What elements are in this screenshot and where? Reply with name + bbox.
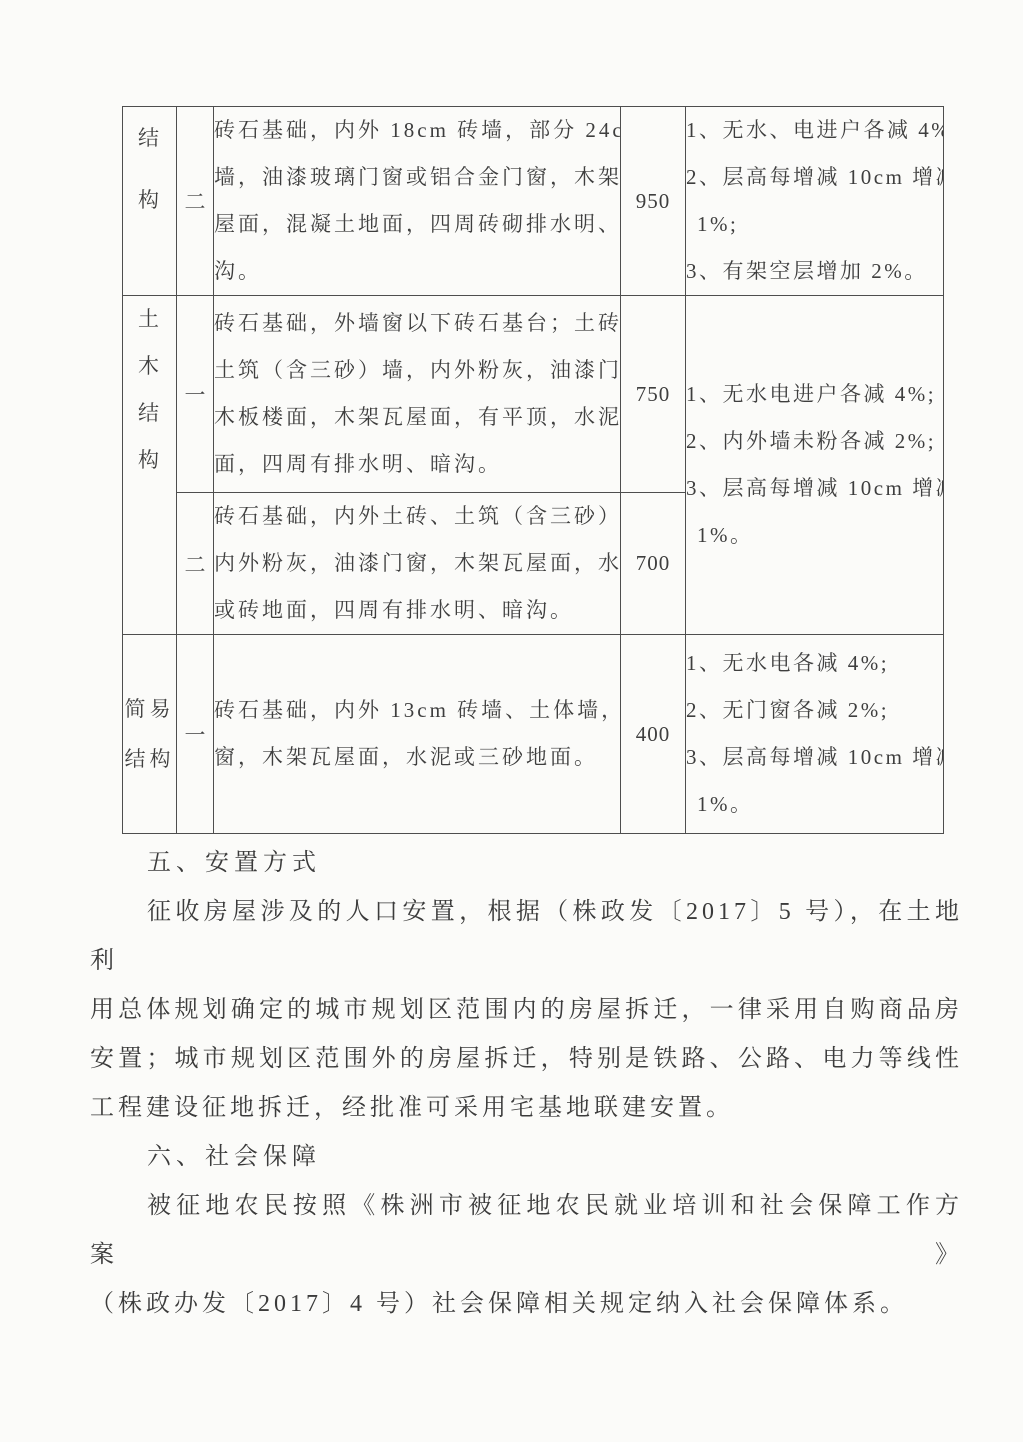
adjustment-line: 3、层高每增减 10cm 增减 (686, 465, 943, 512)
description-line: 土筑（含三砂）墙，内外粉灰，油漆门窗， (214, 347, 620, 394)
paragraph-line: 工程建设征地拆迁，经批准可采用宅基地联建安置。 (90, 1084, 963, 1133)
description-line: 木板楼面，木架瓦屋面，有平顶，水泥地 (214, 394, 620, 441)
compensation-table: 结 构 二 砖石基础，内外 18cm 砖墙，部分 24cm 砖 墙，油漆玻璃门窗… (122, 106, 944, 834)
price-cell: 750 (621, 296, 686, 493)
adjustments-cell: 1、无水电进户各减 4%; 2、内外墙未粉各减 2%; 3、层高每增减 10cm… (686, 296, 944, 635)
table-row: 土 木 结 构 一 砖石基础，外墙窗以下砖石基台；土砖、 土筑（含三砂）墙，内外… (123, 296, 944, 493)
structure-char: 土 (123, 296, 176, 343)
structure-type-cell: 简易 结构 (123, 635, 177, 834)
adjustment-line: 2、无门窗各减 2%; (686, 687, 943, 734)
table-row: 结 构 二 砖石基础，内外 18cm 砖墙，部分 24cm 砖 墙，油漆玻璃门窗… (123, 107, 944, 296)
structure-char: 构 (123, 169, 176, 231)
description-line: 面，四周有排水明、暗沟。 (214, 441, 620, 488)
section-heading-resettlement: 五、安置方式 (90, 839, 963, 888)
document-body: 五、安置方式 征收房屋涉及的人口安置，根据（株政发〔2017〕5 号），在土地利… (90, 839, 963, 1329)
structure-line: 简易 (123, 684, 176, 734)
adjustments-cell: 1、无水电各减 4%; 2、无门窗各减 2%; 3、层高每增减 10cm 增减 … (686, 635, 944, 834)
adjustment-line: 2、内外墙未粉各减 2%; (686, 418, 943, 465)
document-page: 结 构 二 砖石基础，内外 18cm 砖墙，部分 24cm 砖 墙，油漆玻璃门窗… (0, 0, 1023, 1442)
adjustment-line: 1、无水电进户各减 4%; (686, 371, 943, 418)
price-cell: 950 (621, 107, 686, 296)
description-line: 屋面，混凝土地面，四周砖砌排水明、暗 (214, 201, 620, 248)
description-line: 墙，油漆玻璃门窗或铝合金门窗，木架瓦 (214, 154, 620, 201)
description-cell: 砖石基础，内外 13cm 砖墙、土体墙，木门 窗，木架瓦屋面，水泥或三砂地面。 (214, 635, 621, 834)
description-cell: 砖石基础，外墙窗以下砖石基台；土砖、 土筑（含三砂）墙，内外粉灰，油漆门窗， 木… (214, 296, 621, 493)
adjustments-cell: 1、无水、电进户各减 4%; 2、层高每增减 10cm 增减 1%; 3、有架空… (686, 107, 944, 296)
paragraph-line: 被征地农民按照《株洲市被征地农民就业培训和社会保障工作方案》 (90, 1182, 963, 1280)
table-row: 简易 结构 一 砖石基础，内外 13cm 砖墙、土体墙，木门 窗，木架瓦屋面，水… (123, 635, 944, 834)
adjustment-line: 1、无水、电进户各减 4%; (686, 107, 943, 154)
description-line: 砖石基础，内外 13cm 砖墙、土体墙，木门 (214, 687, 620, 734)
description-line: 内外粉灰，油漆门窗，木架瓦屋面，水泥 (214, 540, 620, 587)
price-cell: 400 (621, 635, 686, 834)
structure-char: 结 (123, 107, 176, 169)
adjustment-line: 1%; (686, 201, 943, 248)
paragraph-line: 用总体规划确定的城市规划区范围内的房屋拆迁，一律采用自购商品房 (90, 986, 963, 1035)
section-heading-social-security: 六、社会保障 (90, 1133, 963, 1182)
adjustment-line: 1、无水电各减 4%; (686, 640, 943, 687)
description-line: 砖石基础，外墙窗以下砖石基台；土砖、 (214, 300, 620, 347)
description-cell: 砖石基础，内外 18cm 砖墙，部分 24cm 砖 墙，油漆玻璃门窗或铝合金门窗… (214, 107, 621, 296)
adjustment-line: 3、层高每增减 10cm 增减 (686, 734, 943, 781)
adjustment-line: 1%。 (686, 512, 943, 559)
grade-cell: 二 (177, 107, 214, 296)
grade-cell: 一 (177, 296, 214, 493)
paragraph-line: （株政办发〔2017〕4 号）社会保障相关规定纳入社会保障体系。 (90, 1280, 963, 1329)
structure-type-cell: 结 构 (123, 107, 177, 296)
adjustment-line: 2、层高每增减 10cm 增减 (686, 154, 943, 201)
structure-type-cell: 土 木 结 构 (123, 296, 177, 635)
price-cell: 700 (621, 493, 686, 635)
description-line: 砖石基础，内外 18cm 砖墙，部分 24cm 砖 (214, 107, 620, 154)
description-line: 砖石基础，内外土砖、土筑（含三砂）墙， (214, 493, 620, 540)
structure-line: 结构 (123, 734, 176, 784)
paragraph-line: 安置；城市规划区范围外的房屋拆迁，特别是铁路、公路、电力等线性 (90, 1035, 963, 1084)
adjustment-line: 1%。 (686, 781, 943, 828)
grade-cell: 二 (177, 493, 214, 635)
paragraph-line: 征收房屋涉及的人口安置，根据（株政发〔2017〕5 号），在土地利 (90, 888, 963, 986)
structure-char: 构 (123, 437, 176, 484)
description-line: 沟。 (214, 248, 620, 295)
structure-char: 木 (123, 343, 176, 390)
grade-cell: 一 (177, 635, 214, 834)
structure-char: 结 (123, 390, 176, 437)
description-cell: 砖石基础，内外土砖、土筑（含三砂）墙， 内外粉灰，油漆门窗，木架瓦屋面，水泥 或… (214, 493, 621, 635)
adjustment-line: 3、有架空层增加 2%。 (686, 248, 943, 295)
description-line: 或砖地面，四周有排水明、暗沟。 (214, 587, 620, 634)
description-line: 窗，木架瓦屋面，水泥或三砂地面。 (214, 734, 620, 781)
